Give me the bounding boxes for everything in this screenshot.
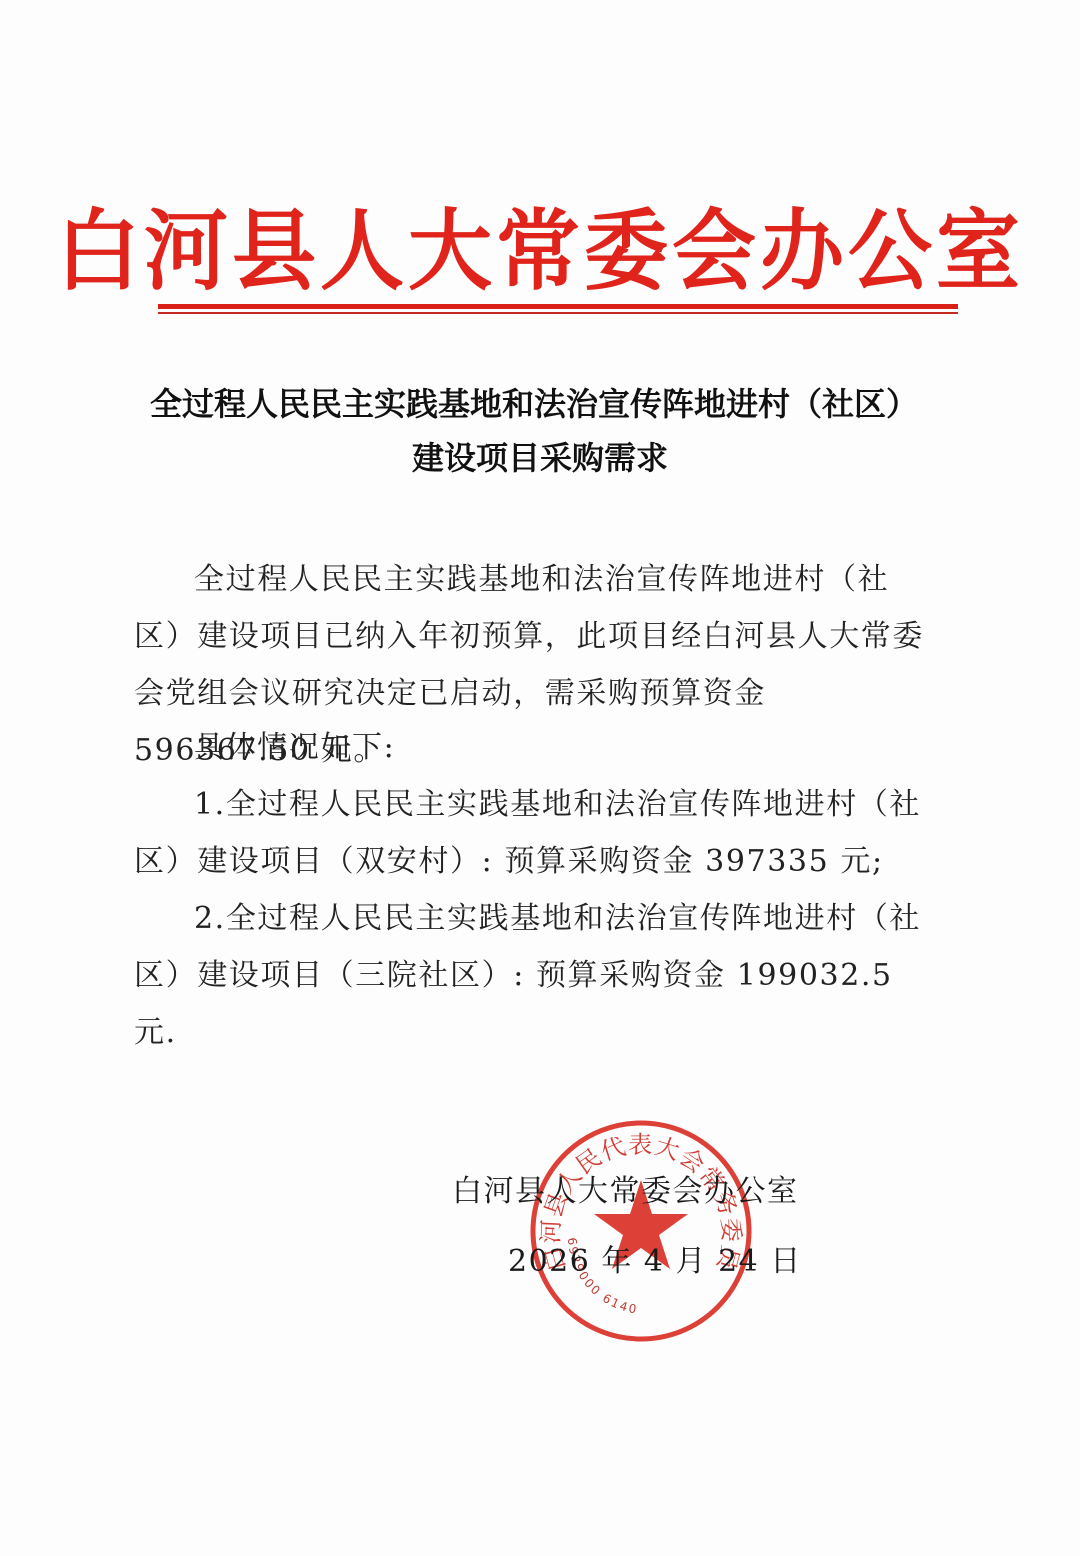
document-page: 白河县人大常委会办公室 全过程人民民主实践基地和法治宣传阵地进村（社区） 建设项… — [0, 0, 1080, 1556]
letterhead-rule-thin — [158, 312, 958, 314]
body-paragraph-item-2: 2.全过程人民民主实践基地和法治宣传阵地进村（社区）建设项目（三院社区）: 预算… — [134, 890, 934, 1061]
body-paragraph-item-1: 1.全过程人民民主实践基地和法治宣传阵地进村（社区）建设项目（双安村）: 预算采… — [134, 776, 934, 890]
issuer-signature: 白河县人大常委会办公室 — [452, 1172, 799, 1212]
document-title-line-2: 建设项目采购需求 — [0, 438, 1080, 478]
body-paragraph-details-heading: 具体情况如下: — [134, 719, 934, 776]
letterhead-rule-thick — [158, 304, 958, 309]
official-seal-icon: 白河县人民代表大会常务委员会办公室 6929000 6140 — [528, 1118, 754, 1344]
paragraph-text: 具体情况如下: — [134, 719, 934, 776]
document-title-line-1: 全过程人民民主实践基地和法治宣传阵地进村（社区） — [0, 384, 1074, 424]
issue-date: 2026 年 4 月 24 日 — [508, 1242, 802, 1282]
paragraph-text: 2.全过程人民民主实践基地和法治宣传阵地进村（社区）建设项目（三院社区）: 预算… — [134, 890, 934, 1061]
letterhead-title: 白河县人大常委会办公室 — [0, 193, 1080, 309]
paragraph-text: 1.全过程人民民主实践基地和法治宣传阵地进村（社区）建设项目（双安村）: 预算采… — [134, 776, 934, 890]
